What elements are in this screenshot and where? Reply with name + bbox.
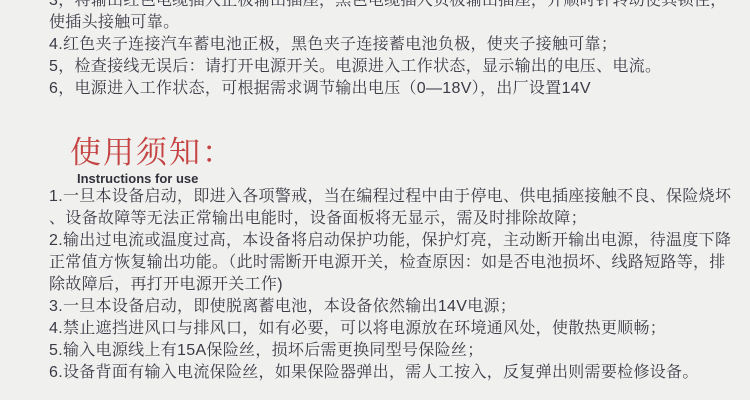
notice-section-subtitle: Instructions for use <box>77 171 198 187</box>
notice-section-title: 使用须知： <box>70 135 235 171</box>
instruction-line: 6，电源进入工作状态，可根据需求调节输出电压（0—18V），出厂设置14V <box>49 78 749 100</box>
usage-notice-section: 1.一旦本设备启动，即进入各项警戒，当在编程过程中由于停电、供电插座接触不良、保… <box>49 186 749 384</box>
product-instruction-page: 3，将输出红色电缆插入正极输出插座，黑色电缆插入负极输出插座，并顺时针转动使其锁… <box>0 0 750 400</box>
notice-line: 1.一旦本设备启动，即进入各项警戒，当在编程过程中由于停电、供电插座接触不良、保… <box>49 186 749 208</box>
notice-line: 6.设备背面有输入电流保险丝，如果保险器弹出，需人工按入，反复弹出则需要检修设备… <box>49 362 749 384</box>
instruction-line: 3，将输出红色电缆插入正极输出插座，黑色电缆插入负极输出插座，并顺时针转动使其锁… <box>49 0 749 12</box>
notice-line: 5.输入电源线上有15A保险丝，损坏后需更换同型号保险丝； <box>49 340 749 362</box>
notice-line: 4.禁止遮挡进风口与排风口，如有必要，可以将电源放在环境通风处，使散热更顺畅； <box>49 318 749 340</box>
notice-line: 3.一旦本设备启动，即使脱离蓄电池，本设备依然输出14V电源； <box>49 296 749 318</box>
notice-line: 除故障后，再打开电源开关工作) <box>49 274 749 296</box>
connection-steps-section: 3，将输出红色电缆插入正极输出插座，黑色电缆插入负极输出插座，并顺时针转动使其锁… <box>49 0 749 100</box>
notice-line: 正常值方恢复输出功能。（此时需断开电源开关，检查原因：如是否电池损坏、线路短路等… <box>49 252 749 274</box>
instruction-line: 5，检查接线无误后：请打开电源开关。电源进入工作状态，显示输出的电压、电流。 <box>49 56 749 78</box>
notice-line: 、设备故障等无法正常输出电能时，设备面板将无显示，需及时排除故障； <box>49 208 749 230</box>
instruction-line: 使插头接触可靠。 <box>49 12 749 34</box>
instruction-line: 4.红色夹子连接汽车蓄电池正极，黑色夹子连接蓄电池负极，使夹子接触可靠； <box>49 34 749 56</box>
notice-line: 2.输出过电流或温度过高，本设备将启动保护功能，保护灯亮，主动断开输出电源，待温… <box>49 230 749 252</box>
